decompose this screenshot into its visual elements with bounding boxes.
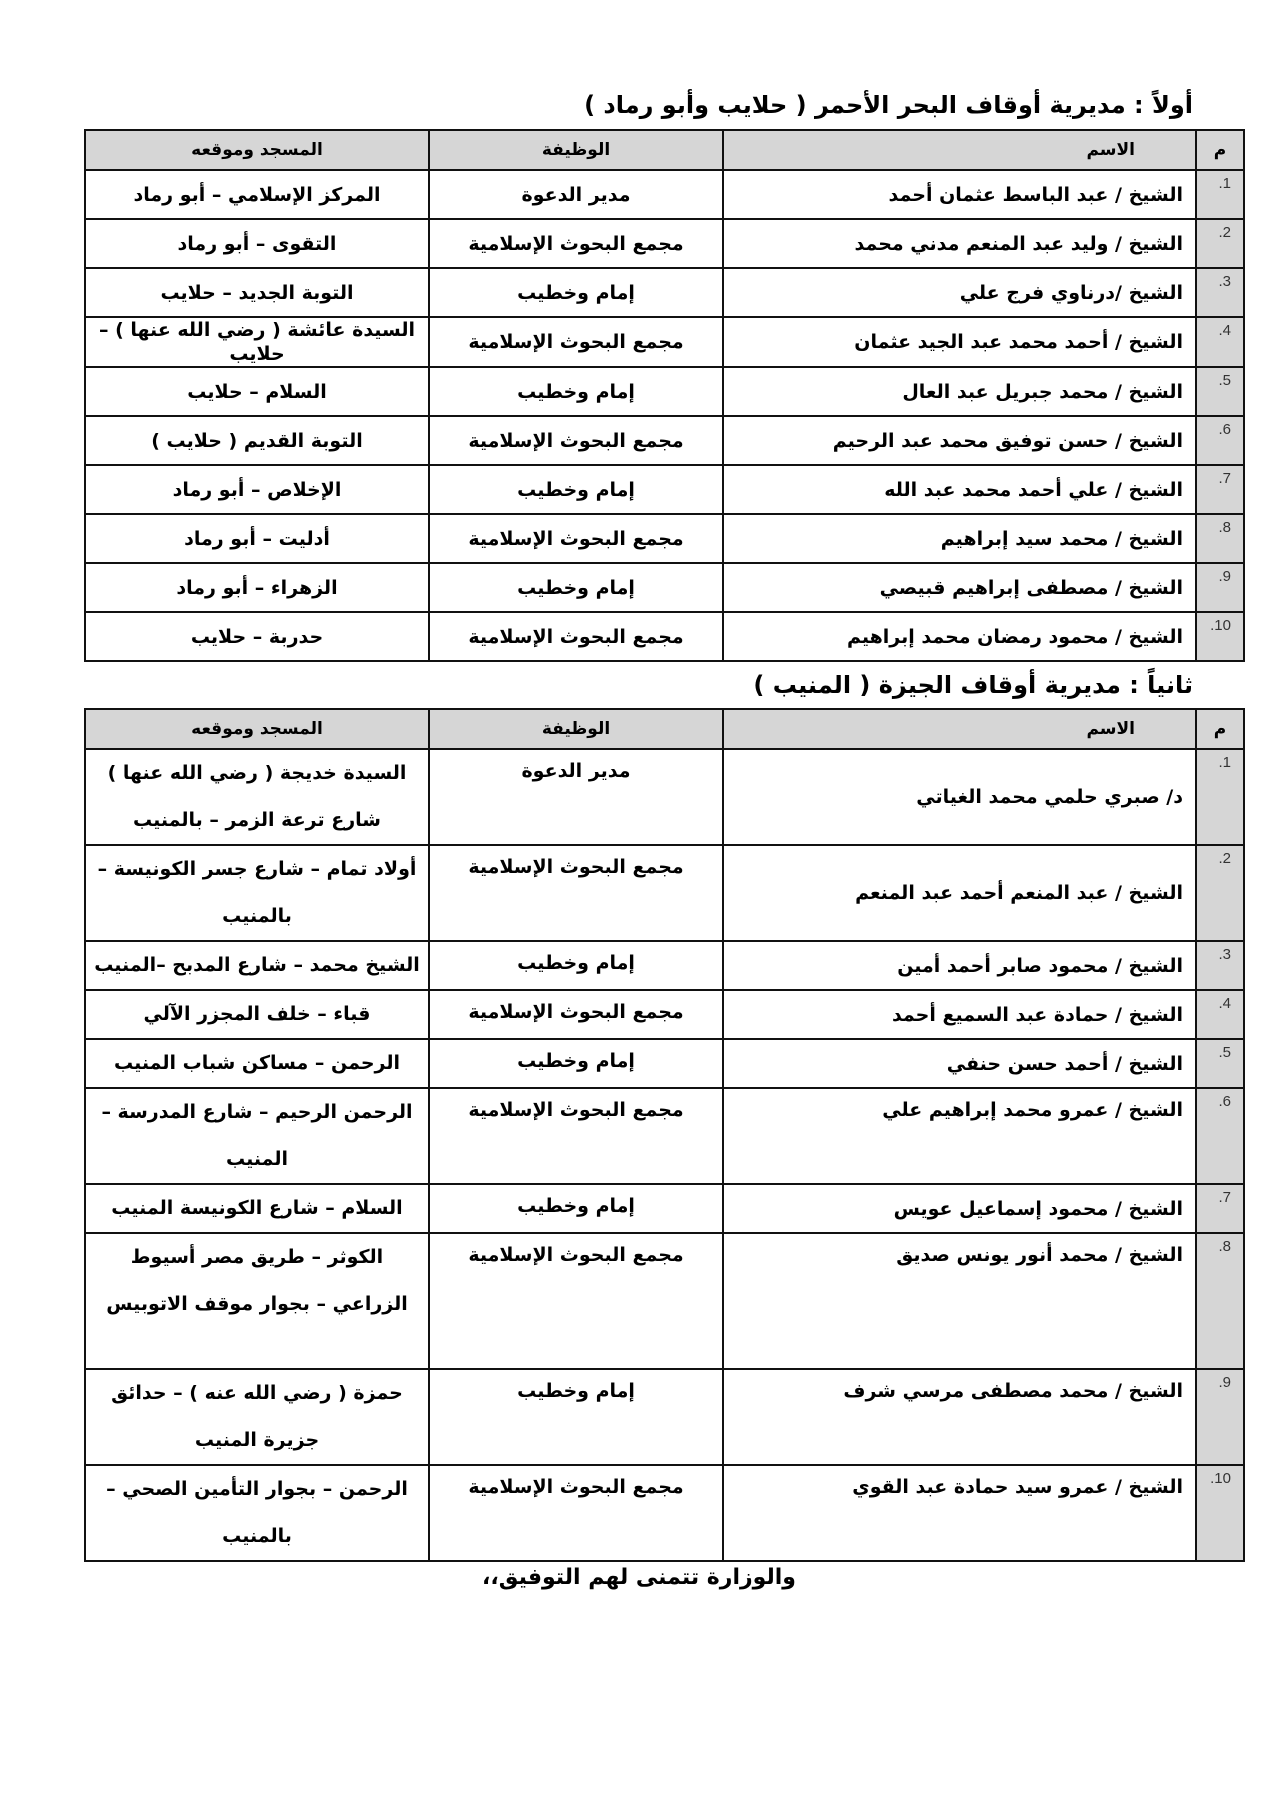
row-job: إمام وخطيب <box>429 1039 723 1088</box>
row-name: الشيخ / محمود رمضان محمد إبراهيم <box>723 612 1196 661</box>
row-num: .9 <box>1196 563 1244 612</box>
row-name: الشيخ / محمود إسماعيل عويس <box>723 1184 1196 1233</box>
row-num: .5 <box>1196 1039 1244 1088</box>
table-row: .9الشيخ / مصطفى إبراهيم قبيصيإمام وخطيبا… <box>85 563 1244 612</box>
row-job: إمام وخطيب <box>429 367 723 416</box>
row-name: الشيخ / محمد سيد إبراهيم <box>723 514 1196 563</box>
row-mosque: السلام – شارع الكونيسة المنيب <box>85 1184 429 1233</box>
table-row: .10الشيخ / محمود رمضان محمد إبراهيممجمع … <box>85 612 1244 661</box>
header-name: الاسم <box>723 709 1196 749</box>
row-mosque: الرحمن – مساكن شباب المنيب <box>85 1039 429 1088</box>
row-num: .7 <box>1196 1184 1244 1233</box>
row-num: .8 <box>1196 514 1244 563</box>
row-mosque: الرحمن – بجوار التأمين الصحي – بالمنيب <box>85 1465 429 1561</box>
row-name: الشيخ / محمد جبريل عبد العال <box>723 367 1196 416</box>
section2-title: ثانياً : مديرية أوقاف الجيزة ( المنيب ) <box>753 670 1193 700</box>
header-mosque: المسجد وموقعه <box>85 130 429 170</box>
table-row: .9الشيخ / محمد مصطفى مرسي شرفإمام وخطيبح… <box>85 1369 1244 1465</box>
row-name: الشيخ / محمد أنور يونس صديق <box>723 1233 1196 1369</box>
row-mosque: أولاد تمام – شارع جسر الكونيسة – بالمنيب <box>85 845 429 941</box>
header-job: الوظيفة <box>429 709 723 749</box>
table-row: .2الشيخ / وليد عبد المنعم مدني محمدمجمع … <box>85 219 1244 268</box>
row-name: الشيخ / عبد المنعم أحمد عبد المنعم <box>723 845 1196 941</box>
row-name: الشيخ /درناوي فرج علي <box>723 268 1196 317</box>
row-num: .3 <box>1196 941 1244 990</box>
row-job: إمام وخطيب <box>429 563 723 612</box>
header-name: الاسم <box>723 130 1196 170</box>
row-num: .2 <box>1196 219 1244 268</box>
table-row: .8الشيخ / محمد سيد إبراهيممجمع البحوث ال… <box>85 514 1244 563</box>
table-row: .8الشيخ / محمد أنور يونس صديقمجمع البحوث… <box>85 1233 1244 1369</box>
header-num: م <box>1196 709 1244 749</box>
row-name: الشيخ / محمد مصطفى مرسي شرف <box>723 1369 1196 1465</box>
row-job: إمام وخطيب <box>429 268 723 317</box>
row-name: د/ صبري حلمي محمد الغياتي <box>723 749 1196 845</box>
row-name: الشيخ / حسن توفيق محمد عبد الرحيم <box>723 416 1196 465</box>
row-job: مجمع البحوث الإسلامية <box>429 612 723 661</box>
row-mosque: الزهراء – أبو رماد <box>85 563 429 612</box>
row-job: مجمع البحوث الإسلامية <box>429 514 723 563</box>
row-num: .6 <box>1196 416 1244 465</box>
row-mosque: السلام – حلايب <box>85 367 429 416</box>
table-row: .7الشيخ / محمود إسماعيل عويسإمام وخطيبال… <box>85 1184 1244 1233</box>
table-row: .6الشيخ / حسن توفيق محمد عبد الرحيممجمع … <box>85 416 1244 465</box>
row-mosque: المركز الإسلامي – أبو رماد <box>85 170 429 219</box>
red-sea-roster-table: م الاسم الوظيفة المسجد وموقعه .1الشيخ / … <box>84 129 1245 662</box>
row-job: إمام وخطيب <box>429 941 723 990</box>
row-num: .7 <box>1196 465 1244 514</box>
row-name: الشيخ / وليد عبد المنعم مدني محمد <box>723 219 1196 268</box>
row-name: الشيخ / عمرو محمد إبراهيم علي <box>723 1088 1196 1184</box>
row-mosque: الشيخ محمد – شارع المدبح –المنيب <box>85 941 429 990</box>
row-num: .4 <box>1196 990 1244 1039</box>
row-num: .5 <box>1196 367 1244 416</box>
header-job: الوظيفة <box>429 130 723 170</box>
table-row: .1الشيخ / عبد الباسط عثمان أحمدمدير الدع… <box>85 170 1244 219</box>
row-num: .6 <box>1196 1088 1244 1184</box>
row-num: .1 <box>1196 170 1244 219</box>
table-row: .4الشيخ / حمادة عبد السميع أحمدمجمع البح… <box>85 990 1244 1039</box>
row-name: الشيخ / أحمد محمد عبد الجيد عثمان <box>723 317 1196 367</box>
table-row: .10الشيخ / عمرو سيد حمادة عبد القويمجمع … <box>85 1465 1244 1561</box>
table-row: .2الشيخ / عبد المنعم أحمد عبد المنعممجمع… <box>85 845 1244 941</box>
row-name: الشيخ / عبد الباسط عثمان أحمد <box>723 170 1196 219</box>
header-num: م <box>1196 130 1244 170</box>
row-job: إمام وخطيب <box>429 465 723 514</box>
row-job: مدير الدعوة <box>429 749 723 845</box>
row-job: مجمع البحوث الإسلامية <box>429 416 723 465</box>
giza-roster-table: م الاسم الوظيفة المسجد وموقعه .1د/ صبري … <box>84 708 1245 1562</box>
row-job: إمام وخطيب <box>429 1184 723 1233</box>
row-mosque: التوبة الجديد – حلايب <box>85 268 429 317</box>
row-job: مدير الدعوة <box>429 170 723 219</box>
row-job: مجمع البحوث الإسلامية <box>429 1088 723 1184</box>
row-mosque: قباء – خلف المجزر الآلي <box>85 990 429 1039</box>
row-num: .8 <box>1196 1233 1244 1369</box>
table-row: .3الشيخ /درناوي فرج عليإمام وخطيبالتوبة … <box>85 268 1244 317</box>
row-num: .10 <box>1196 1465 1244 1561</box>
row-job: مجمع البحوث الإسلامية <box>429 845 723 941</box>
table-row: .1د/ صبري حلمي محمد الغياتيمدير الدعوةال… <box>85 749 1244 845</box>
row-name: الشيخ / عمرو سيد حمادة عبد القوي <box>723 1465 1196 1561</box>
row-name: الشيخ / علي أحمد محمد عبد الله <box>723 465 1196 514</box>
row-name: الشيخ / حمادة عبد السميع أحمد <box>723 990 1196 1039</box>
row-mosque: السيدة عائشة ( رضي الله عنها ) – حلايب <box>85 317 429 367</box>
table-header-row: م الاسم الوظيفة المسجد وموقعه <box>85 709 1244 749</box>
row-name: الشيخ / محمود صابر أحمد أمين <box>723 941 1196 990</box>
row-name: الشيخ / أحمد حسن حنفي <box>723 1039 1196 1088</box>
row-job: مجمع البحوث الإسلامية <box>429 219 723 268</box>
row-num: .1 <box>1196 749 1244 845</box>
row-job: مجمع البحوث الإسلامية <box>429 1465 723 1561</box>
row-num: .2 <box>1196 845 1244 941</box>
table-row: .3الشيخ / محمود صابر أحمد أمينإمام وخطيب… <box>85 941 1244 990</box>
row-job: مجمع البحوث الإسلامية <box>429 317 723 367</box>
section1-title: أولاً : مديرية أوقاف البحر الأحمر ( حلاي… <box>584 90 1193 120</box>
row-mosque: السيدة خديجة ( رضي الله عنها ) شارع ترعة… <box>85 749 429 845</box>
row-mosque: حمزة ( رضي الله عنه ) – حدائق جزيرة المن… <box>85 1369 429 1465</box>
row-mosque: الرحمن الرحيم – شارع المدرسة – المنيب <box>85 1088 429 1184</box>
row-num: .3 <box>1196 268 1244 317</box>
row-mosque: التقوى – أبو رماد <box>85 219 429 268</box>
table-row: .6الشيخ / عمرو محمد إبراهيم عليمجمع البح… <box>85 1088 1244 1184</box>
row-mosque: الإخلاص – أبو رماد <box>85 465 429 514</box>
row-job: إمام وخطيب <box>429 1369 723 1465</box>
header-mosque: المسجد وموقعه <box>85 709 429 749</box>
row-job: مجمع البحوث الإسلامية <box>429 1233 723 1369</box>
row-mosque: حدربة – حلايب <box>85 612 429 661</box>
row-mosque: الكوثر – طريق مصر أسيوط الزراعي – بجوار … <box>85 1233 429 1369</box>
table-row: .4الشيخ / أحمد محمد عبد الجيد عثمانمجمع … <box>85 317 1244 367</box>
row-job: مجمع البحوث الإسلامية <box>429 990 723 1039</box>
closing-note: والوزارة تتمنى لهم التوفيق،، <box>0 1565 1278 1590</box>
row-num: .4 <box>1196 317 1244 367</box>
table-row: .5الشيخ / محمد جبريل عبد العالإمام وخطيب… <box>85 367 1244 416</box>
table-header-row: م الاسم الوظيفة المسجد وموقعه <box>85 130 1244 170</box>
row-name: الشيخ / مصطفى إبراهيم قبيصي <box>723 563 1196 612</box>
row-mosque: التوبة القديم ( حلايب ) <box>85 416 429 465</box>
table-row: .5الشيخ / أحمد حسن حنفيإمام وخطيبالرحمن … <box>85 1039 1244 1088</box>
row-num: .9 <box>1196 1369 1244 1465</box>
row-mosque: أدليت – أبو رماد <box>85 514 429 563</box>
row-num: .10 <box>1196 612 1244 661</box>
table-row: .7الشيخ / علي أحمد محمد عبد اللهإمام وخط… <box>85 465 1244 514</box>
